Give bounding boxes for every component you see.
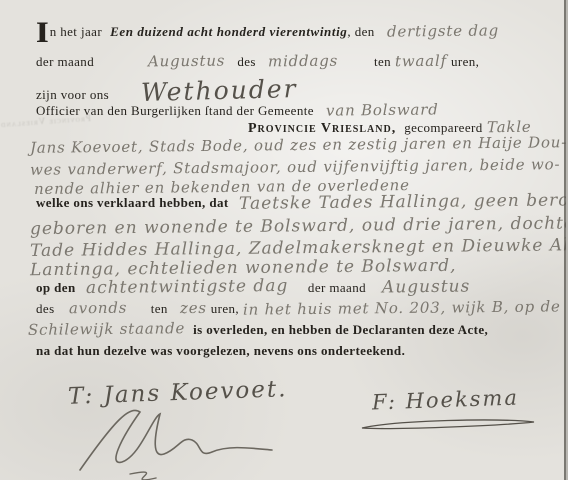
document-line: wes vanderwerf, Stadsmajoor, oud vijfenv… [30, 158, 560, 177]
handwritten-text: geboren en wonende te Bolsward, oud drie… [30, 213, 568, 239]
document-line: der maand Augustus des middags ten twaal… [36, 52, 479, 71]
document-line: op den achtentwintigste dag der maand Au… [36, 277, 470, 297]
handwritten-month: Augustus [148, 52, 225, 71]
printed-text: Officier van den Burgerlijken ſtand der … [36, 103, 314, 118]
printed-text: des [237, 54, 256, 69]
document-line: na dat hun dezelve was voorgelezen, neve… [36, 342, 405, 360]
handwritten-text: Jans Koevoet, Stads Bode, oud zes en zes… [30, 133, 567, 157]
signature-text-right: F: Hoeksma [372, 385, 520, 414]
handwritten-death-hour: zes [180, 299, 207, 317]
handwritten-house-address: in het huis met No. 203, wijk B, op de [243, 297, 561, 318]
handwritten-municipality: van Bolsward [326, 100, 439, 119]
handwritten-text: wes vanderwerf, Stadsmajoor, oud vijfenv… [30, 155, 560, 179]
document-line: Jans Koevoet, Stads Bode, oud zes en zes… [30, 136, 567, 155]
document-line: Tade Hiddes Hallinga, Zadelmakersknegt e… [30, 238, 568, 258]
handwritten-day: dertigste dag [387, 21, 499, 40]
printed-text: des [36, 301, 55, 316]
printed-text: uren, [451, 54, 479, 69]
page-edge-line [564, 0, 566, 480]
printed-text: zijn voor ons [36, 87, 109, 102]
printed-text: , den [347, 24, 374, 39]
death-record-scan: Provincie Vriesland In het jaar Een duiz… [0, 0, 568, 480]
printed-text: is overleden, en hebben de Declaranten d… [193, 322, 488, 337]
printed-text: n het jaar [50, 24, 102, 39]
document-line: welke ons verklaard hebben, dat Taetske … [36, 192, 568, 212]
printed-text: na dat hun dezelve was voorgelezen, neve… [36, 343, 405, 358]
second-signature-flourish [60, 400, 300, 480]
printed-emphasis-text: Een duizend acht honderd vierentwintig [110, 24, 347, 39]
document-line: geboren en wonende te Bolsward, oud drie… [30, 216, 568, 236]
handwritten-street: Schilewijk staande [28, 319, 185, 339]
printed-province-label: Provincie Vriesland, [248, 121, 396, 136]
printed-text: ten [374, 54, 391, 69]
document-line: In het jaar Een duizend acht honderd vie… [36, 22, 499, 44]
document-line: des avonds ten zes uren, in het huis met… [36, 299, 561, 318]
signature-underline-flourish [358, 416, 538, 434]
document-line: Lantinga, echtelieden wonende te Bolswar… [30, 258, 456, 278]
printed-text: op den [36, 280, 76, 295]
handwritten-death-month: Augustus [382, 277, 471, 298]
handwritten-hour: twaalf [395, 52, 447, 71]
handwritten-death-day: achtentwintigste dag [86, 276, 288, 298]
printed-text: uren, [211, 301, 239, 316]
printed-text: ten [151, 301, 168, 316]
document-line: Schilewijk staande is overleden, en hebb… [28, 320, 488, 339]
printed-text: welke ons verklaard hebben, dat [36, 195, 229, 210]
handwritten-daypart: middags [268, 52, 338, 71]
handwritten-death-daypart: avonds [68, 299, 126, 318]
ornamental-initial: I [36, 16, 48, 49]
signature-officer: F: Hoeksma [372, 388, 519, 412]
printed-text: der maand [308, 280, 366, 295]
printed-text: gecompareerd [404, 120, 482, 135]
printed-text: der maand [36, 54, 94, 69]
handwritten-deceased-name: Taetske Tades Hallinga, geen beroep [239, 190, 568, 214]
